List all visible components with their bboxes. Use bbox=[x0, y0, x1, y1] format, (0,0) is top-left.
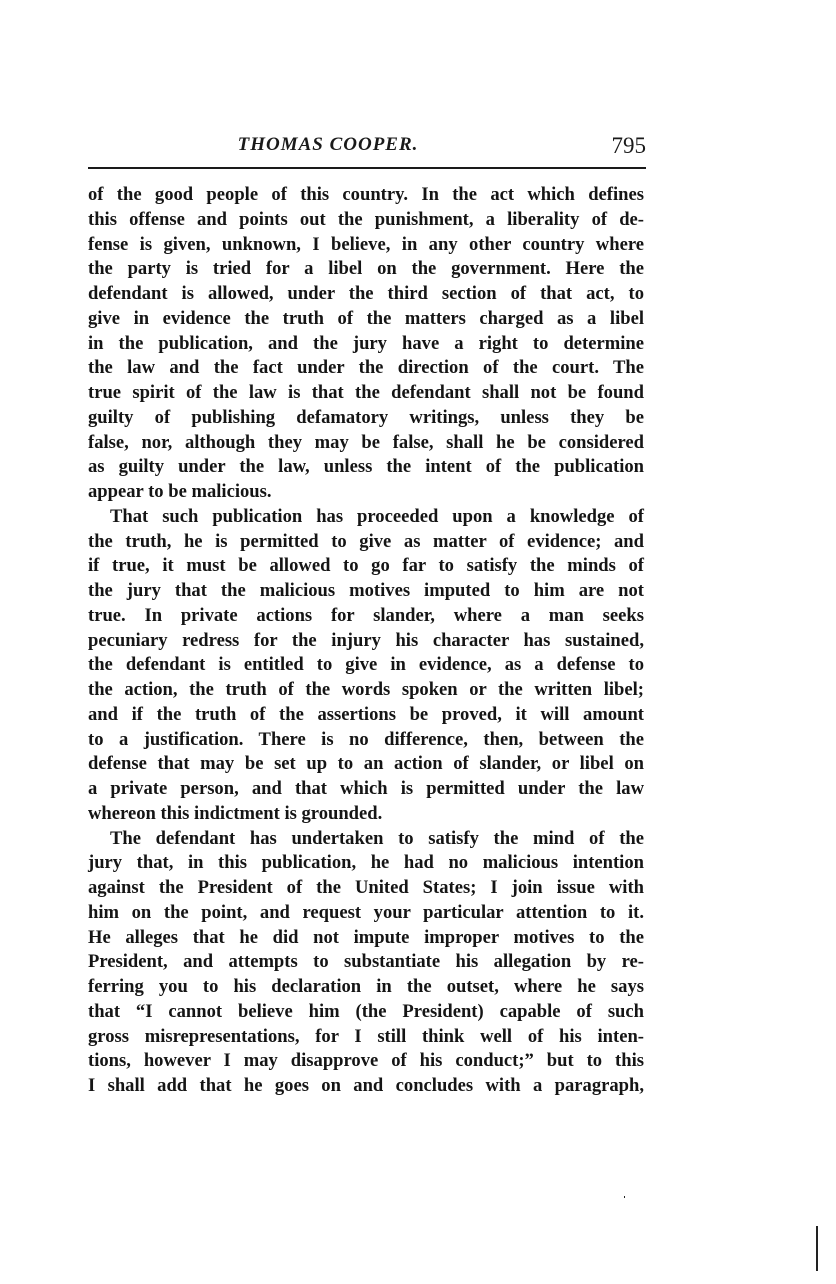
text-line: the action, the truth of the words spoke… bbox=[88, 678, 644, 703]
text-line: defendant is allowed, under the third se… bbox=[88, 282, 644, 307]
text-line: ferring you to his declaration in the ou… bbox=[88, 975, 644, 1000]
text-line: him on the point, and request your parti… bbox=[88, 901, 644, 926]
text-line: a private person, and that which is perm… bbox=[88, 777, 644, 802]
text-line: to a justification. There is no differen… bbox=[88, 728, 644, 753]
paragraph-start-line: That such publication has proceeded upon… bbox=[88, 505, 644, 530]
text-line: guilty of publishing defamatory writings… bbox=[88, 406, 644, 431]
text-line: against the President of the United Stat… bbox=[88, 876, 644, 901]
text-line: defense that may be set up to an action … bbox=[88, 752, 644, 777]
text-line: pecuniary redress for the injury his cha… bbox=[88, 629, 644, 654]
text-line: He alleges that he did not impute improp… bbox=[88, 926, 644, 951]
text-line: gross misrepresentations, for I still th… bbox=[88, 1025, 644, 1050]
running-header: THOMAS COOPER. 795 bbox=[88, 134, 646, 162]
text-line: true. In private actions for slander, wh… bbox=[88, 604, 644, 629]
text-line: tions, however I may disapprove of his c… bbox=[88, 1049, 644, 1074]
text-line: that “I cannot believe him (the Presiden… bbox=[88, 1000, 644, 1025]
text-line: give in evidence the truth of the matter… bbox=[88, 307, 644, 332]
text-line: I shall add that he goes on and conclude… bbox=[88, 1074, 644, 1099]
text-line: the jury that the malicious motives impu… bbox=[88, 579, 644, 604]
text-line: the party is tried for a libel on the go… bbox=[88, 257, 644, 282]
text-line: of the good people of this country. In t… bbox=[88, 183, 644, 208]
page-number: 795 bbox=[612, 133, 647, 159]
book-page: THOMAS COOPER. 795 of the good people of… bbox=[0, 0, 836, 1284]
text-line: if true, it must be allowed to go far to… bbox=[88, 554, 644, 579]
text-line: whereon this indictment is grounded. bbox=[88, 802, 644, 827]
scan-speck bbox=[624, 1196, 625, 1198]
text-line: as guilty under the law, unless the inte… bbox=[88, 455, 644, 480]
text-line: jury that, in this publication, he had n… bbox=[88, 851, 644, 876]
text-line: appear to be malicious. bbox=[88, 480, 644, 505]
text-line: true spirit of the law is that the defen… bbox=[88, 381, 644, 406]
text-line: in the publication, and the jury have a … bbox=[88, 332, 644, 357]
text-line: fense is given, unknown, I believe, in a… bbox=[88, 233, 644, 258]
text-line: this offense and points out the punishme… bbox=[88, 208, 644, 233]
running-title: THOMAS COOPER. bbox=[88, 134, 568, 156]
paragraph-start-line: The defendant has undertaken to satisfy … bbox=[88, 827, 644, 852]
scan-edge-mark bbox=[816, 1226, 818, 1271]
text-line: the law and the fact under the direction… bbox=[88, 356, 644, 381]
header-rule bbox=[88, 167, 646, 169]
body-text: of the good people of this country. In t… bbox=[88, 183, 644, 1099]
text-line: President, and attempts to substantiate … bbox=[88, 950, 644, 975]
text-line: the defendant is entitled to give in evi… bbox=[88, 653, 644, 678]
text-line: the truth, he is permitted to give as ma… bbox=[88, 530, 644, 555]
text-line: and if the truth of the assertions be pr… bbox=[88, 703, 644, 728]
text-line: false, nor, although they may be false, … bbox=[88, 431, 644, 456]
